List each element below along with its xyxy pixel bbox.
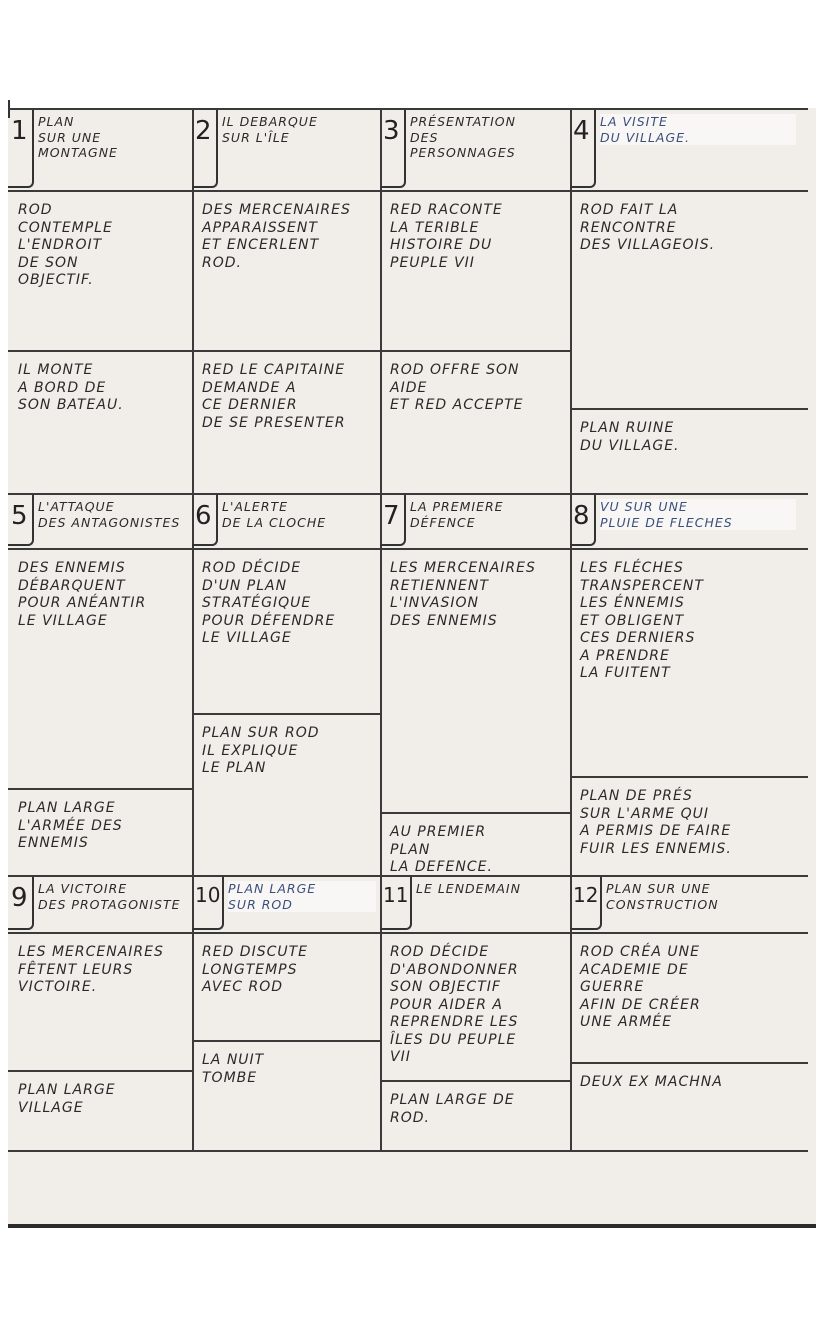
panel-title: VU SUR UNE PLUIE DE FLECHES (600, 499, 796, 530)
panel-title: LA VICTOIRE DES PROTAGONISTE (38, 881, 182, 912)
panel-number: 1 (11, 118, 28, 144)
panel-8-shot-1: LES FLÉCHES TRANSPERCENT LES ÉNNEMIS ET … (574, 556, 802, 687)
panel-8-shot-2: PLAN DE PRÉS SUR L'ARME QUI A PERMIS DE … (574, 784, 802, 862)
panel-4-shot-1: ROD FAIT LA RENCONTRE DES VILLAGEOIS. (574, 198, 802, 259)
panel-12-shot-1: ROD CRÉA UNE ACADEMIE DE GUERRE AFIN DE … (574, 940, 802, 1036)
shot-divider (8, 788, 192, 790)
header-divider (380, 548, 570, 550)
panel-3-shot-1: RED RACONTE LA TERIBLE HISTOIRE DU PEUPL… (384, 198, 566, 276)
column-border (570, 493, 572, 875)
panel-number: 5 (11, 503, 28, 529)
panel-number: 10 (195, 885, 220, 905)
shot-divider (8, 1070, 192, 1072)
header-divider (380, 190, 570, 192)
panel-number: 6 (195, 503, 212, 529)
panel-2-shot-2: RED LE CAPITAINE DEMANDE A CE DERNIER DE… (196, 358, 376, 436)
panel-10-shot-1: RED DISCUTE LONGTEMPS AVEC ROD (196, 940, 376, 1001)
panel-title: PRÉSENTATION DES PERSONNAGES (410, 114, 560, 161)
panel-number: 8 (573, 503, 590, 529)
panel-title: LA VISITE DU VILLAGE. (600, 114, 796, 145)
header-divider (192, 932, 380, 934)
header-divider (570, 932, 808, 934)
panel-4-shot-2: PLAN RUINE DU VILLAGE. (574, 416, 802, 459)
panel-1-shot-2: IL MONTE A BORD DE SON BATEAU. (12, 358, 188, 419)
panel-9-shot-2: PLAN LARGE VILLAGE (12, 1078, 188, 1121)
panel-7-shot-2: AU PREMIER PLAN LA DEFENCE. (384, 820, 566, 881)
column-border (192, 493, 194, 875)
shot-divider (570, 1062, 808, 1064)
panel-title: LE LENDEMAIN (416, 881, 566, 897)
header-divider (8, 190, 192, 192)
panel-title: L'ATTAQUE DES ANTAGONISTES (38, 499, 182, 530)
header-divider (8, 548, 192, 550)
header-divider (192, 190, 380, 192)
panel-10-shot-2: LA NUIT TOMBE (196, 1048, 376, 1091)
panel-number: 9 (11, 885, 28, 911)
panel-number: 12 (573, 885, 598, 905)
panel-number: 2 (195, 118, 212, 144)
panel-7-shot-1: LES MERCENAIRES RETIENNENT L'INVASION DE… (384, 556, 566, 634)
shot-divider (570, 408, 808, 410)
panel-title: IL DEBARQUE SUR L'ÎLE (222, 114, 370, 145)
shot-divider (192, 713, 380, 715)
panel-3-shot-2: ROD OFFRE SON AIDE ET RED ACCEPTE (384, 358, 566, 419)
panel-number: 3 (383, 118, 400, 144)
panel-5-shot-2: PLAN LARGE L'ARMÉE DES ENNEMIS (12, 796, 188, 857)
panel-title: LA PREMIERE DÉFENCE (410, 499, 560, 530)
shot-divider (570, 776, 808, 778)
header-divider (570, 548, 808, 550)
panel-number: 7 (383, 503, 400, 529)
shot-divider (380, 350, 570, 352)
header-divider (8, 932, 192, 934)
panel-11-shot-2: PLAN LARGE DE ROD. (384, 1088, 566, 1131)
shot-divider (380, 1080, 570, 1082)
panel-title: L'ALERTE DE LA CLOCHE (222, 499, 370, 530)
panel-number: 11 (383, 885, 408, 905)
panel-title: PLAN LARGE SUR ROD (228, 881, 376, 912)
panel-title: PLAN SUR UNE MONTAGNE (38, 114, 182, 161)
bottom-border (8, 1150, 808, 1152)
shot-divider (380, 812, 570, 814)
panel-9-shot-1: LES MERCENAIRES FÊTENT LEURS VICTOIRE. (12, 940, 188, 1001)
header-divider (570, 190, 808, 192)
panel-number: 4 (573, 118, 590, 144)
panel-1-shot-1: ROD CONTEMPLE L'ENDROIT DE SON OBJECTIF. (12, 198, 188, 294)
panel-11-shot-1: ROD DÉCIDE D'ABONDONNER SON OBJECTIF POU… (384, 940, 566, 1071)
panel-6-shot-2: PLAN SUR ROD IL EXPLIQUE LE PLAN (196, 721, 376, 782)
shot-divider (192, 1040, 380, 1042)
panel-12-shot-2: DEUX EX MACHNA (574, 1070, 802, 1096)
column-border (380, 493, 382, 875)
panel-title: PLAN SUR UNE CONSTRUCTION (606, 881, 802, 912)
sheet-edge (8, 1224, 816, 1228)
panel-5-shot-1: DES ENNEMIS DÉBARQUENT POUR ANÉANTIR LE … (12, 556, 188, 634)
shot-divider (192, 350, 380, 352)
header-divider (380, 932, 570, 934)
panel-6-shot-1: ROD DÉCIDE D'UN PLAN STRATÉGIQUE POUR DÉ… (196, 556, 376, 652)
panel-2-shot-1: DES MERCENAIRES APPARAISSENT ET ENCERLEN… (196, 198, 376, 276)
shot-divider (8, 350, 192, 352)
header-divider (192, 548, 380, 550)
